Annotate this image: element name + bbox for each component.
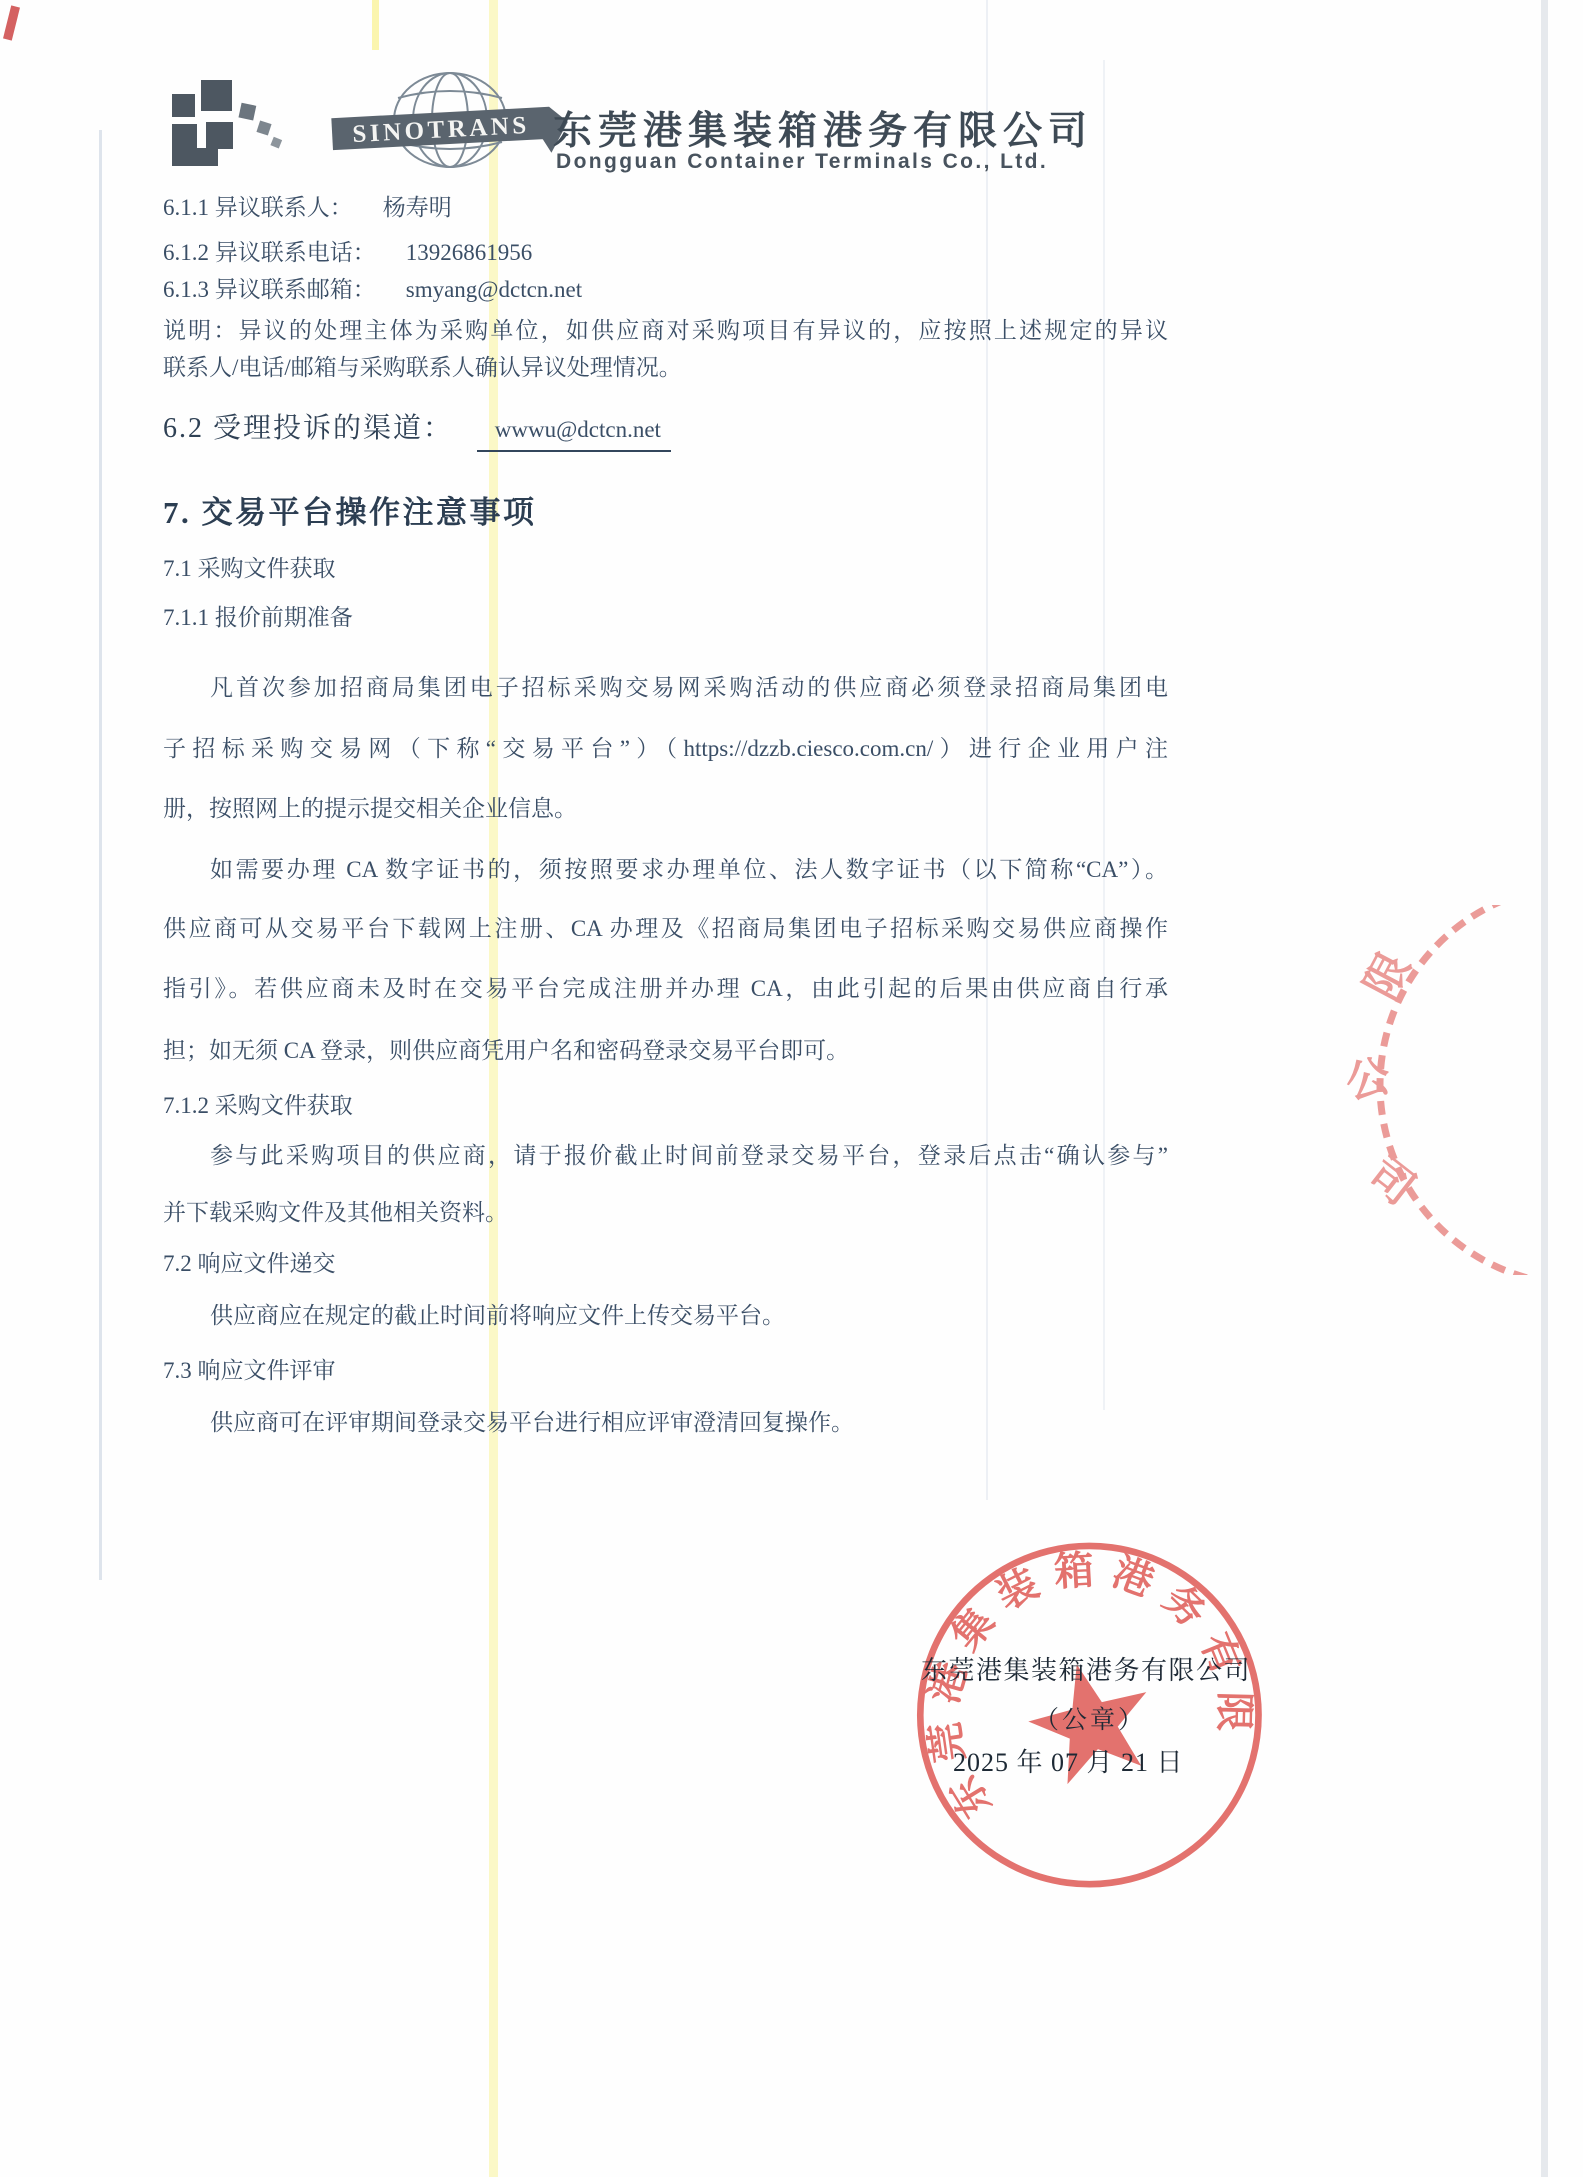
heading-7-1-2: 7.1.2 采购文件获取 [163, 1090, 353, 1121]
heading-7-1-1: 7.1.1 报价前期准备 [163, 602, 353, 633]
signature-date: 2025 年 07 月 21 日 [953, 1742, 1184, 1779]
line-email: 6.1.3 异议联系邮箱：smyang@dctcn.net [163, 274, 582, 305]
note-line-2: 联系人/电话/邮箱与采购联系人确认异议处理情况。 [163, 352, 1168, 383]
phone-label: 6.1.2 异议联系电话： [163, 240, 376, 265]
para4: 供应商应在规定的截止时间前将响应文件上传交易平台。 [163, 1300, 1168, 1331]
heading-7-3: 7.3 响应文件评审 [163, 1355, 336, 1386]
edge-partial-stamp: 限 公 司 [1330, 905, 1583, 1280]
scan-red-mark [3, 5, 20, 40]
company-name-en: Dongguan Container Terminals Co., Ltd. [556, 150, 1048, 174]
sinotrans-globe-banner-icon: SINOTRANS [330, 70, 570, 180]
contact-label: 6.1.1 异议联系人： [163, 195, 353, 220]
complaint-channel-line: 6.2 受理投诉的渠道： wwwu@dctcn.net [163, 413, 671, 452]
email-label: 6.1.3 异议联系邮箱： [163, 277, 376, 302]
line-phone: 6.1.2 异议联系电话：13926861956 [163, 237, 532, 268]
para1-line2: 子招标采购交易网（下称“交易平台”）（https://dzzb.ciesco.c… [163, 733, 1168, 764]
para2-line2: 供应商可从交易平台下载网上注册、CA 办理及《招商局集团电子招标采购交易供应商操… [163, 913, 1168, 944]
signature-seal-note: （公章） [1034, 1700, 1146, 1736]
company-name-cn: 东莞港集装箱港务有限公司 [553, 100, 1093, 156]
heading-7-2: 7.2 响应文件递交 [163, 1248, 336, 1279]
para3-line2: 并下载采购文件及其他相关资料。 [163, 1197, 1168, 1228]
edge-stamp-char: 司 [1359, 1149, 1424, 1215]
complaint-value: wwwu@dctcn.net [477, 414, 671, 452]
para3-line1: 参与此采购项目的供应商，请于报价截止时间前登录交易平台，登录后点击“确认参与” [163, 1140, 1168, 1171]
para1-line1: 凡首次参加招商局集团电子招标采购交易网采购活动的供应商必须登录招商局集团电 [163, 672, 1168, 703]
heading-7-1: 7.1 采购文件获取 [163, 553, 336, 584]
sinotrans-squares-logo-icon [170, 78, 320, 171]
note-line-1: 说明：异议的处理主体为采购单位，如供应商对采购项目有异议的，应按照上述规定的异议 [163, 315, 1168, 346]
para5: 供应商可在评审期间登录交易平台进行相应评审澄清回复操作。 [163, 1407, 1168, 1438]
edge-stamp-char: 限 [1356, 945, 1420, 1007]
section7-title: 7. 交易平台操作注意事项 [163, 487, 537, 532]
contact-value: 杨寿明 [383, 195, 452, 220]
complaint-label: 6.2 受理投诉的渠道： [163, 413, 453, 444]
para2-line3: 指引》。若供应商未及时在交易平台完成注册并办理 CA，由此引起的后果由供应商自行… [163, 973, 1168, 1004]
line-contact: 6.1.1 异议联系人：杨寿明 [163, 192, 452, 223]
document-page: SINOTRANS 东莞港集装箱港务有限公司 Dongguan Containe… [0, 0, 1583, 2177]
scan-streak-yellow-top [372, 0, 379, 50]
para1-line3: 册，按照网上的提示提交相关企业信息。 [163, 793, 1168, 824]
scan-edge-left [99, 130, 102, 1580]
para2-line4: 担；如无须 CA 登录，则供应商凭用户名和密码登录交易平台即可。 [163, 1035, 1168, 1066]
signature-company: 东莞港集装箱港务有限公司 [921, 1650, 1251, 1687]
para2-line1: 如需要办理 CA 数字证书的，须按照要求办理单位、法人数字证书（以下简称“CA”… [163, 854, 1168, 885]
email-value: smyang@dctcn.net [406, 277, 582, 302]
phone-value: 13926861956 [406, 240, 533, 265]
edge-stamp-char: 公 [1341, 1051, 1394, 1108]
